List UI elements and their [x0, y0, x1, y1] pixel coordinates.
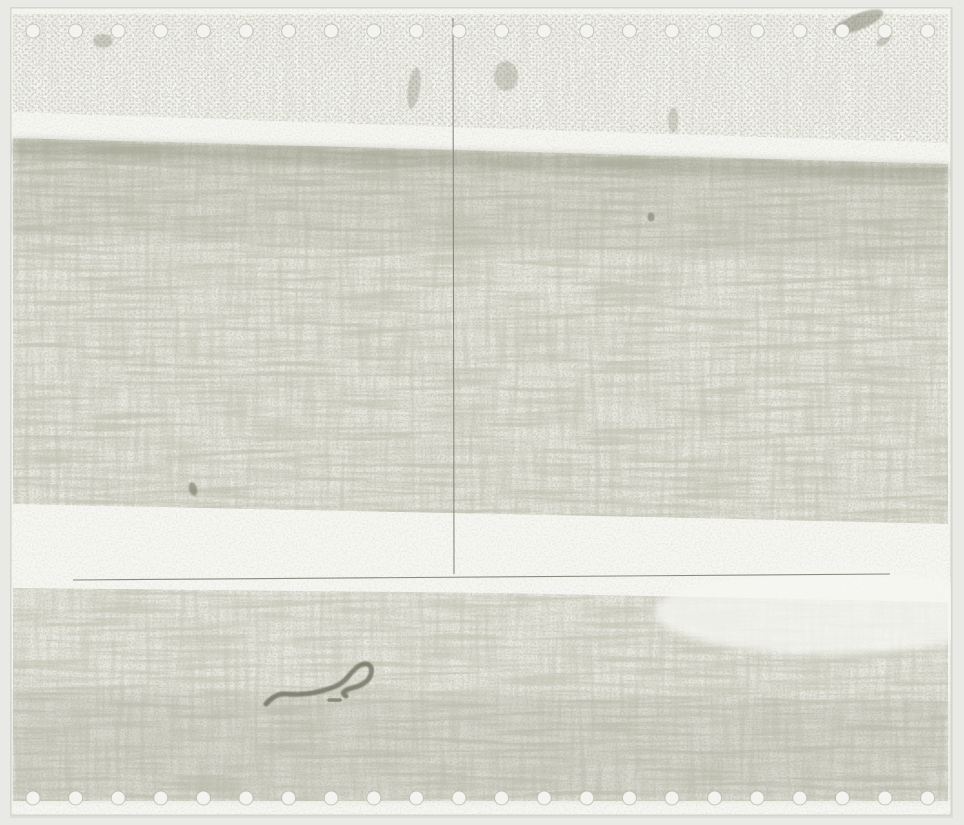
punch-hole [537, 791, 551, 805]
punch-hole [878, 791, 892, 805]
punch-hole [26, 791, 40, 805]
texture-layer [11, 8, 964, 815]
punch-hole [154, 24, 168, 38]
bottom-band-lower-shade [13, 690, 948, 800]
punch-hole [69, 791, 83, 805]
punch-hole [750, 24, 764, 38]
punch-hole [835, 791, 849, 805]
punch-hole [282, 24, 296, 38]
punch-hole [793, 791, 807, 805]
scanned-artwork: Scanned monochrome print: gray-green can… [0, 0, 964, 825]
punch-hole [282, 791, 296, 805]
punch-hole [452, 791, 466, 805]
print-canvas [0, 0, 964, 825]
punch-hole [537, 24, 551, 38]
punch-hole [793, 24, 807, 38]
mid-streak [668, 107, 678, 133]
punch-hole [878, 24, 892, 38]
punch-hole [409, 791, 423, 805]
punch-hole [750, 791, 764, 805]
punch-hole [154, 791, 168, 805]
punch-hole [921, 24, 935, 38]
upper-blob [494, 61, 518, 91]
punch-hole [239, 791, 253, 805]
punch-hole [622, 24, 636, 38]
punch-hole [69, 24, 83, 38]
punch-hole [196, 791, 210, 805]
punch-hole [665, 24, 679, 38]
punch-hole [367, 791, 381, 805]
punch-hole [622, 791, 636, 805]
mid-dot [648, 213, 655, 222]
punch-hole [665, 791, 679, 805]
punch-hole [324, 24, 338, 38]
punch-hole [495, 24, 509, 38]
punch-hole [835, 24, 849, 38]
punch-hole [239, 24, 253, 38]
punch-hole [111, 24, 125, 38]
punch-hole [324, 791, 338, 805]
punch-hole [196, 24, 210, 38]
punch-hole [580, 791, 594, 805]
punch-hole [367, 24, 381, 38]
punch-hole [409, 24, 423, 38]
punch-hole [495, 791, 509, 805]
punch-hole [580, 24, 594, 38]
punch-hole [921, 791, 935, 805]
punch-hole [452, 24, 466, 38]
top-left-smudge [93, 34, 113, 48]
punch-hole [708, 24, 722, 38]
punch-hole [111, 791, 125, 805]
punch-hole [708, 791, 722, 805]
punch-hole [26, 24, 40, 38]
